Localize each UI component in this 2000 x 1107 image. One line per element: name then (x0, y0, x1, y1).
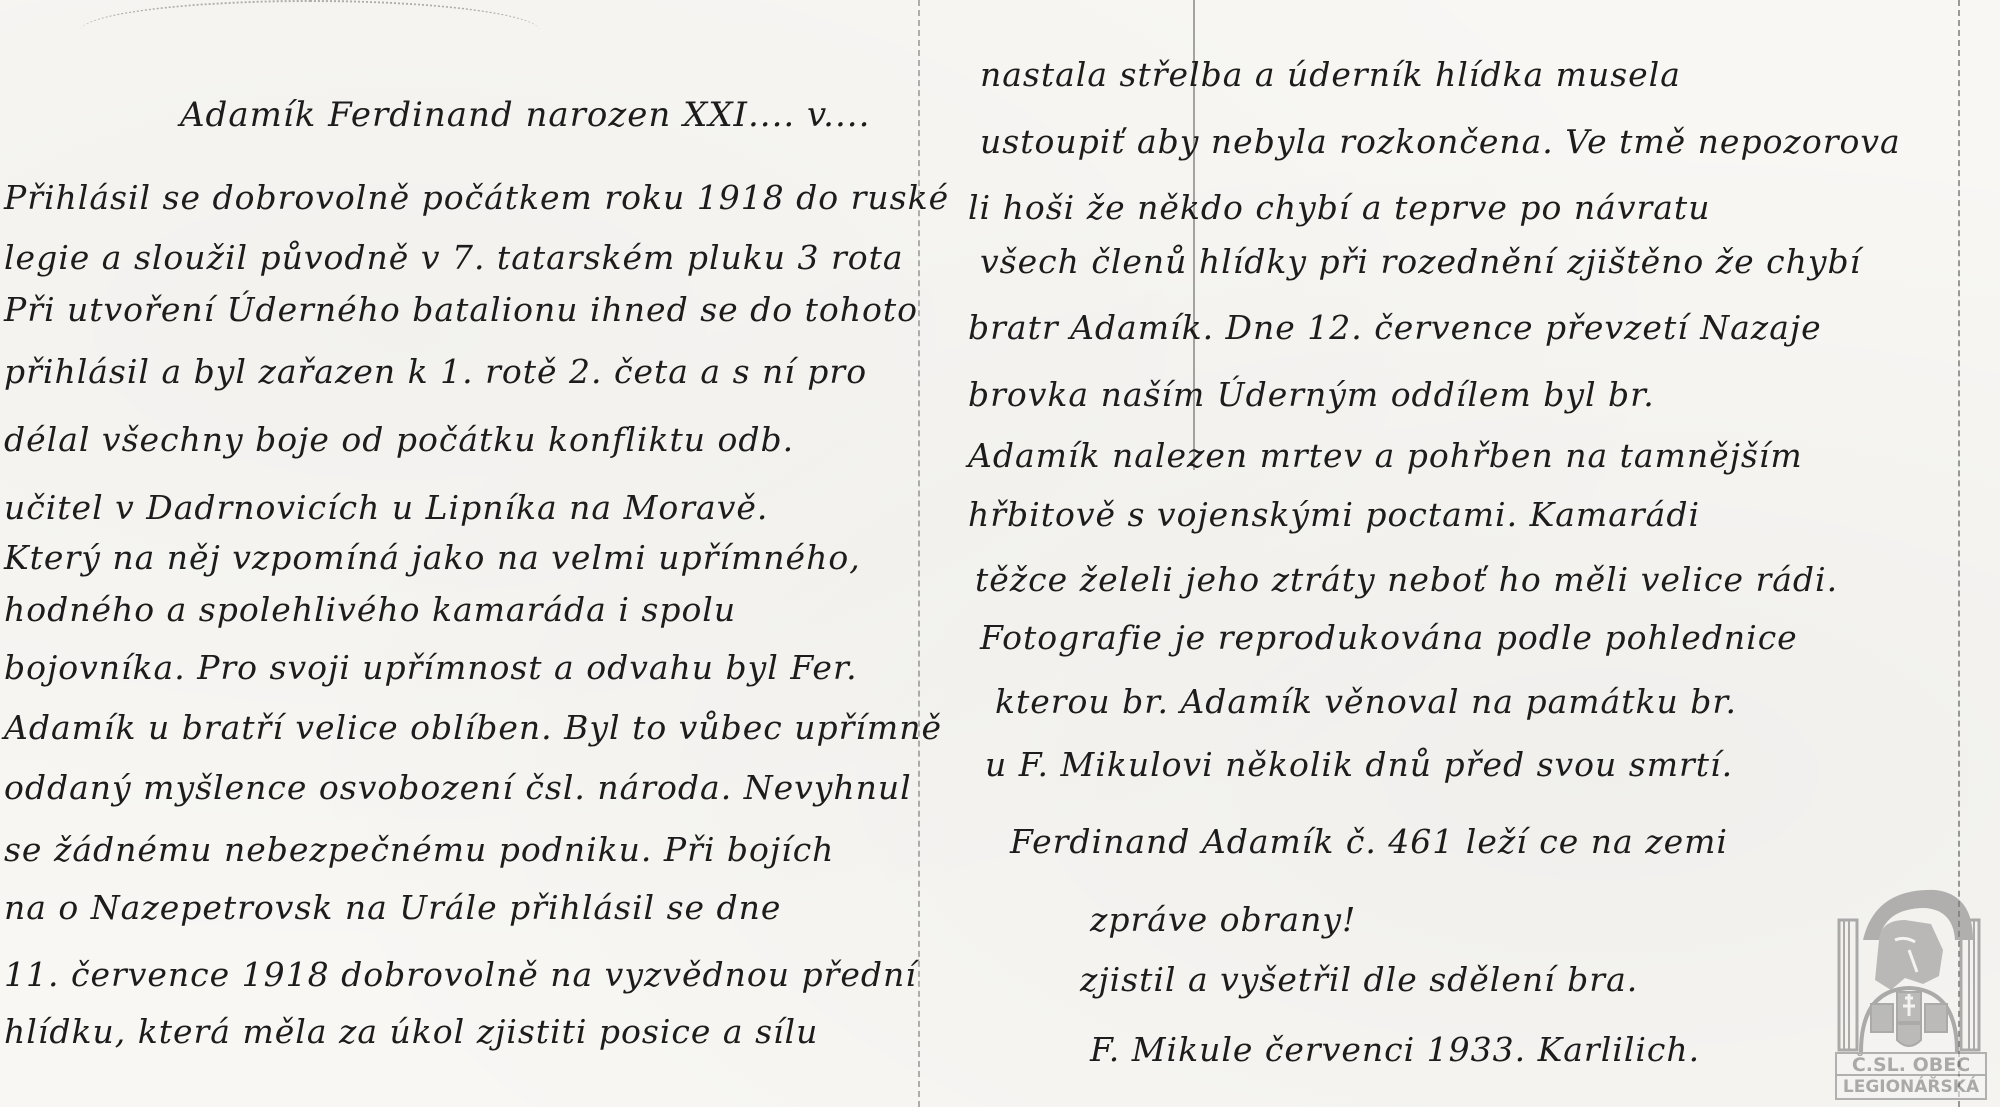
text-line: Fotografie je reprodukována podle pohled… (980, 618, 1798, 657)
text-line: všech členů hlídky při rozednění zjištěn… (980, 242, 1861, 281)
text-line: Adamík u bratří velice oblíben. Byl to v… (4, 708, 942, 747)
text-line: brovka naším Úderným oddílem byl br. (968, 375, 1655, 414)
legionnaire-emblem-watermark: Č.SL. OBEC LEGIONÁŘSKÁ (1835, 880, 1983, 1100)
text-line: Při utvoření Úderného batalionu ihned se… (4, 290, 918, 329)
text-line: 11. července 1918 dobrovolně na vyzvědno… (4, 955, 917, 994)
text-line: Přihlásil se dobrovolně počátkem roku 19… (4, 178, 949, 217)
top-edge-marks (80, 0, 540, 62)
heading-name-line: Adamík Ferdinand narozen XXI.... v.... (180, 95, 870, 135)
fold-line-left (918, 0, 920, 1107)
signature-line-4: F. Mikule červenci 1933. Karlilich. (1090, 1030, 1700, 1069)
watermark-text-line-2: LEGIONÁŘSKÁ (1835, 1074, 1987, 1100)
signature-line-3: zjistil a vyšetřil dle sdělení bra. (1080, 960, 1638, 999)
legionnaire-helmet-emblem-icon (1835, 880, 1983, 1052)
text-line: ustoupiť aby nebyla rozkončena. Ve tmě n… (980, 122, 1901, 161)
signature-line-1: Ferdinand Adamík č. 461 leží ce na zemi (1010, 822, 1728, 861)
text-line: učitel v Dadrnovicích u Lipníka na Morav… (4, 488, 768, 527)
text-line: hlídku, která měla za úkol zjistiti posi… (4, 1012, 818, 1051)
text-line: hřbitově s vojenskými poctami. Kamarádi (968, 495, 1700, 534)
text-line: těžce želeli jeho ztráty neboť ho měli v… (975, 560, 1838, 599)
text-line: nastala střelba a úderník hlídka musela (980, 55, 1681, 94)
text-line: li hoši že někdo chybí a teprve po návra… (968, 188, 1710, 227)
text-line: se žádnému nebezpečnému podniku. Při boj… (4, 830, 834, 869)
text-line: Adamík nalezen mrtev a pohřben na tamněj… (968, 436, 1803, 475)
text-line: délal všechny boje od počátku konfliktu … (4, 420, 794, 459)
text-line: Který na něj vzpomíná jako na velmi upří… (4, 538, 861, 577)
text-line: bratr Adamík. Dne 12. července převzetí … (968, 308, 1822, 347)
text-line: oddaný myšlence osvobození čsl. národa. … (4, 768, 912, 807)
text-line: kterou br. Adamík věnoval na památku br. (995, 682, 1737, 721)
text-line: legie a sloužil původně v 7. tatarském p… (4, 238, 904, 277)
text-line: přihlásil a byl zařazen k 1. rotě 2. čet… (4, 352, 867, 391)
text-line: hodného a spolehlivého kamaráda i spolu (4, 590, 736, 629)
text-line: na o Nazepetrovsk na Urále přihlásil se … (4, 888, 781, 927)
text-line: bojovníka. Pro svoji upřímnost a odvahu … (4, 648, 858, 687)
text-line: u F. Mikulovi několik dnů před svou smrt… (985, 745, 1733, 784)
signature-line-2: zpráve obrany! (1090, 900, 1356, 939)
